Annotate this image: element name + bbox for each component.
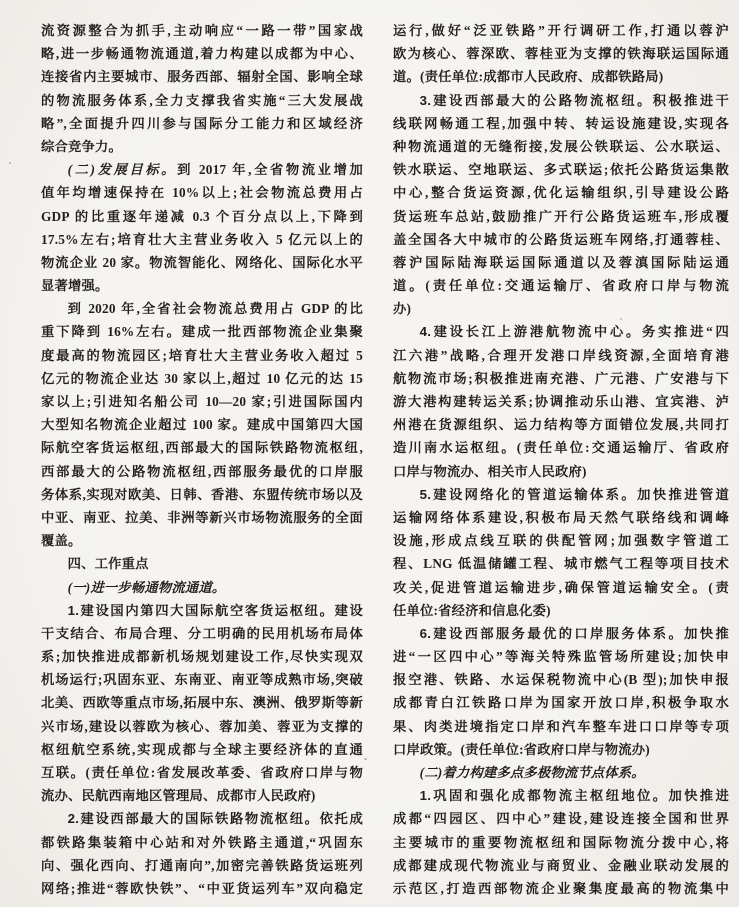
text-line: 系;加快推进成都新机场规划建设工作,尽快实现双	[41, 645, 363, 668]
text-line: 报空港、铁路、水运保税物流中心(B 型);加快申报	[393, 668, 729, 691]
text-line: 2.建设西部最大的国际铁路物流枢纽。依托成	[41, 807, 363, 830]
text-line: 机场运行;巩固东亚、东南亚、南亚等成熟市场,突破	[41, 668, 363, 691]
body-text: 务实推进“四	[642, 324, 729, 339]
body-text: 攻关,促进管道运输进步,确保管道运输安全。(责	[393, 580, 729, 595]
body-text: 务体系,实现对欧美、日韩、香港、东盟传统市场以及	[41, 487, 363, 502]
text-line: 网络;推进“蓉欧快铁”、“中亚货运列车”双向稳定	[41, 877, 363, 900]
text-line: 略,进一步畅通物流通道,着力构建以成都为中心、	[41, 42, 363, 65]
body-text: 的物流服务体系,全力支撑我省实施“三大发展战	[41, 93, 363, 108]
body-text: 建设	[335, 603, 363, 618]
body-text: 运输网络体系建设,积极布局天然气联络线和调峰	[393, 510, 729, 525]
body-text: 17.5%左右;培育壮大主营业务收入 5 亿元以上的	[41, 232, 363, 247]
numbered-item-title: 3.建设西部最大的公路物流枢纽。	[420, 93, 653, 108]
body-text: 干支结合、布局合理、分工明确的民用机场布局体	[41, 626, 363, 641]
text-line: 铁水联运、空地联运、多式联运;依托公路货运集散	[393, 158, 729, 181]
text-line: 中亚、南亚、拉美、非洲等新兴市场物流服务的全面	[41, 506, 363, 529]
body-text: 西部最大的公路物流枢纽,西部服务最优的口岸服	[41, 464, 363, 479]
body-text: 欧为核心、蓉深欧、蓉桂亚为支撑的铁海联运国际通	[393, 46, 729, 61]
body-text: 成都“四园区、四中心”建设,建设连接全国和世界	[393, 811, 729, 826]
body-text: 口岸与物流办、相关市人民政府)	[393, 464, 587, 479]
text-line: 线联网畅通工程,加强中转、转运设施建设,实现各	[393, 112, 729, 135]
body-text: 州港在货源组织、运力结构等方面错位发展,共同打	[393, 417, 729, 432]
text-line: 度最高的物流园区;培育壮大主营业务收入超过 5	[41, 344, 363, 367]
text-line: 显著增强。	[41, 274, 363, 297]
body-text: 任单位:省经济和信息化委)	[393, 603, 551, 618]
section-subheading: (二)着力构建多点多极物流节点体系。	[420, 765, 645, 780]
body-text: 中心,整合货运资源,优化运输组织,引导建设公路	[393, 185, 729, 200]
body-text: 货运班车总站,鼓励推广开行公路货运班车,形成覆	[393, 209, 729, 224]
text-line: 覆盖。	[41, 529, 363, 552]
body-text: 枢纽航空系统,实现成都与全球主要经济体的直通	[41, 742, 363, 757]
text-line: 向、强化西向、打通南向”,加密完善铁路货运班列	[41, 854, 363, 877]
text-line: 大型知名物流企业超过 100 家。建成中国第四大国	[41, 413, 363, 436]
body-text: 加快推进	[668, 788, 729, 803]
body-text: 互联。(责任单位:省发展改革委、省政府口岸与物	[41, 765, 363, 780]
body-text: 北美、西欧等重点市场,拓展中东、澳洲、俄罗斯等新	[41, 695, 363, 710]
body-text: 道。(责任单位:成都市人民政府、成都铁路局)	[393, 69, 663, 84]
body-text: 亿元的物流企业达 30 家以上,超过 10 亿元的达 15	[41, 371, 363, 386]
text-line: 连接省内主要城市、服务西部、辐射全国、影响全球	[41, 65, 363, 88]
body-text: 铁水联运、空地联运、多式联运;依托公路货运集散	[393, 162, 729, 177]
body-text: 种物流通道的无缝衔接,发展公铁联运、公水联运、	[393, 139, 729, 154]
body-text: 江六港”战略,合理开发港口岸线资源,全面培育港	[393, 348, 729, 363]
text-line: 1.建设国内第四大国际航空客货运枢纽。建设	[41, 599, 363, 622]
text-line: 运输网络体系建设,积极布局天然气联络线和调峰	[393, 506, 729, 529]
body-text: 家以上;引进知名船公司 10—20 家;引进国际国内	[41, 394, 363, 409]
text-line: (二)着力构建多点多极物流节点体系。	[393, 761, 729, 784]
text-line: 欧为核心、蓉深欧、蓉桂亚为支撑的铁海联运国际通	[393, 42, 729, 65]
body-text: 机场运行;巩固东亚、东南亚、南亚等成熟市场,突破	[41, 672, 363, 687]
text-line: 成都“四园区、四中心”建设,建设连接全国和世界	[393, 807, 729, 830]
text-line: 西部最大的公路物流枢纽,西部服务最优的口岸服	[41, 460, 363, 483]
text-line: 种物流通道的无缝衔接,发展公铁联运、公水联运、	[393, 135, 729, 158]
body-text: 积极推进干	[653, 93, 729, 108]
numbered-item-title: 5.建设网络化的管道运输体系。	[420, 487, 638, 502]
text-line: 都铁路集装箱中心站和对外铁路主通道,“巩固东	[41, 831, 363, 854]
text-line: 道。(责任单位:成都市人民政府、成都铁路局)	[393, 65, 729, 88]
body-text: 兴市场,建设以蓉欧为核心、蓉加美、蓉亚为支撑的	[41, 719, 363, 734]
text-line: 流办、民航西南地区管理局、成都市人民政府)	[41, 784, 363, 807]
text-column-left: 流资源整合为抓手,主动响应“一路一带”国家战略,进一步畅通物流通道,着力构建以成…	[41, 19, 363, 900]
numbered-item-title: 四、工作重点	[68, 556, 149, 571]
body-text: 程、LNG 低温储罐工程、城市燃气工程等项目技术	[393, 556, 729, 571]
text-line: 游大港构建转运关系;协调推动乐山港、宜宾港、泸	[393, 390, 729, 413]
section-subheading: (一)进一步畅通物流通道。	[68, 580, 226, 595]
text-line: 成都青白江铁路口岸为国家开放口岸,积极争取水	[393, 691, 729, 714]
numbered-item-title: 2.建设西部最大的国际铁路物流枢纽。	[68, 811, 320, 826]
text-line: 兴市场,建设以蓉欧为核心、蓉加美、蓉亚为支撑的	[41, 715, 363, 738]
text-line: 程、LNG 低温储罐工程、城市燃气工程等项目技术	[393, 552, 729, 575]
body-text: 加快推	[684, 626, 729, 641]
body-text: 中亚、南亚、拉美、非洲等新兴市场物流服务的全面	[41, 510, 363, 525]
text-line: 枢纽航空系统,实现成都与全球主要经济体的直通	[41, 738, 363, 761]
body-text: 航物流市场;积极推进南充港、广元港、广安港与下	[393, 371, 729, 386]
body-text: 办)	[393, 301, 411, 316]
text-line: 运行,做好“泛亚铁路”开行调研工作,打通以蓉沪	[393, 19, 729, 42]
text-line: 蓉沪国际陆海联运国际通道以及蓉滇国际陆运通	[393, 251, 729, 274]
text-line: 示范区,打造西部物流企业聚集度最高的物流集中	[393, 877, 729, 900]
text-line: (二)发展目标。到 2017 年,全省物流业增加	[41, 158, 363, 181]
body-text: 综合竞争力。	[41, 139, 122, 154]
text-line: 干支结合、布局合理、分工明确的民用机场布局体	[41, 622, 363, 645]
text-line: 州港在货源组织、运力结构等方面错位发展,共同打	[393, 413, 729, 436]
text-line: 口岸政策。(责任单位:省政府口岸与物流办)	[393, 738, 729, 761]
text-line: 江六港”战略,合理开发港口岸线资源,全面培育港	[393, 344, 729, 367]
text-line: 四、工作重点	[41, 552, 363, 575]
text-column-right: 运行,做好“泛亚铁路”开行调研工作,打通以蓉沪欧为核心、蓉深欧、蓉桂亚为支撑的铁…	[393, 19, 729, 900]
text-line: 4.建设长江上游港航物流中心。务实推进“四	[393, 320, 729, 343]
text-line: 进“一区四中心”等海关特殊监管场所建设;加快申	[393, 645, 729, 668]
text-line: 盖全国各大中城市的公路货运班车网络,打通蓉桂、	[393, 228, 729, 251]
body-text: 连接省内主要城市、服务西部、辐射全国、影响全球	[41, 69, 363, 84]
body-text: 蓉沪国际陆海联运国际通道以及蓉滇国际陆运通	[393, 255, 729, 270]
text-line: 家以上;引进知名船公司 10—20 家;引进国际国内	[41, 390, 363, 413]
body-text: 成都建成现代物流业与商贸业、金融业联动发展的	[393, 858, 729, 873]
body-text: 略,进一步畅通物流通道,着力构建以成都为中心、	[41, 46, 363, 61]
scan-speck	[9, 162, 11, 164]
body-text: 物流企业 20 家。物流智能化、网络化、国际化水平	[41, 255, 363, 270]
text-line: 主要城市的重要物流枢纽和国际物流分拨中心,将	[393, 831, 729, 854]
text-line: 综合竞争力。	[41, 135, 363, 158]
text-line: 航物流市场;积极推进南充港、广元港、广安港与下	[393, 367, 729, 390]
text-line: GDP 的比重逐年递减 0.3 个百分点以上,下降到	[41, 205, 363, 228]
body-text: 略”,全面提升四川参与国际分工能力和区域经济	[41, 116, 363, 131]
section-subheading: (二)发展目标。	[68, 162, 177, 177]
text-line: 到 2020 年,全省社会物流总费用占 GDP 的比	[41, 297, 363, 320]
text-line: 略”,全面提升四川参与国际分工能力和区域经济	[41, 112, 363, 135]
text-line: 造川南水运枢纽。(责任单位:交通运输厅、省政府	[393, 436, 729, 459]
text-line: 互联。(责任单位:省发展改革委、省政府口岸与物	[41, 761, 363, 784]
body-text: 度最高的物流园区;培育壮大主营业务收入超过 5	[41, 348, 363, 363]
text-line: 货运班车总站,鼓励推广开行公路货运班车,形成覆	[393, 205, 729, 228]
body-text: 显著增强。	[41, 278, 108, 293]
body-text: 盖全国各大中城市的公路货运班车网络,打通蓉桂、	[393, 232, 729, 247]
text-line: 1.巩固和强化成都物流主枢纽地位。加快推进	[393, 784, 729, 807]
body-text: 果、肉类进境指定口岸和汽车整车进口口岸等专项	[393, 719, 729, 734]
text-line: 办)	[393, 297, 729, 320]
text-line: 成都建成现代物流业与商贸业、金融业联动发展的	[393, 854, 729, 877]
text-line: 5.建设网络化的管道运输体系。加快推进管道	[393, 483, 729, 506]
text-line: 攻关,促进管道运输进步,确保管道运输安全。(责	[393, 576, 729, 599]
text-line: (一)进一步畅通物流通道。	[41, 576, 363, 599]
body-text: 设施,形成点线互联的供配管网;加强数字管道工	[393, 533, 729, 548]
body-text: 流资源整合为抓手,主动响应“一路一带”国家战	[41, 23, 363, 38]
body-text: 依托成	[320, 811, 363, 826]
body-text: 线联网畅通工程,加强中转、转运设施建设,实现各	[393, 116, 729, 131]
document-page: 流资源整合为抓手,主动响应“一路一带”国家战略,进一步畅通物流通道,着力构建以成…	[0, 0, 739, 907]
text-line: 设施,形成点线互联的供配管网;加强数字管道工	[393, 529, 729, 552]
body-text: 重下降到 16%左右。建成一批西部物流企业集聚	[41, 324, 363, 339]
body-text: GDP 的比重逐年递减 0.3 个百分点以上,下降到	[41, 209, 363, 224]
text-line: 道。(责任单位:交通运输厅、省政府口岸与物流	[393, 274, 729, 297]
body-text: 报空港、铁路、水运保税物流中心(B 型);加快申报	[393, 672, 729, 687]
body-text: 运行,做好“泛亚铁路”开行调研工作,打通以蓉沪	[393, 23, 729, 38]
body-text: 进“一区四中心”等海关特殊监管场所建设;加快申	[393, 649, 729, 664]
numbered-item-title: 1.建设国内第四大国际航空客货运枢纽。	[68, 603, 335, 618]
scan-speck	[364, 758, 367, 760]
body-text: 到 2017 年,全省物流业增加	[177, 162, 363, 177]
body-text: 加快推进管道	[637, 487, 729, 502]
numbered-item-title: 6.建设西部服务最优的口岸服务体系。	[420, 626, 685, 641]
text-line: 亿元的物流企业达 30 家以上,超过 10 亿元的达 15	[41, 367, 363, 390]
body-text: 向、强化西向、打通南向”,加密完善铁路货运班列	[41, 858, 363, 873]
body-text: 道。(责任单位:交通运输厅、省政府口岸与物流	[393, 278, 729, 293]
body-text: 值年均增速保持在 10%以上;社会物流总费用占	[41, 185, 363, 200]
text-line: 北美、西欧等重点市场,拓展中东、澳洲、俄罗斯等新	[41, 691, 363, 714]
text-line: 流资源整合为抓手,主动响应“一路一带”国家战	[41, 19, 363, 42]
body-text: 大型知名物流企业超过 100 家。建成中国第四大国	[41, 417, 363, 432]
numbered-item-title: 4.建设长江上游港航物流中心。	[420, 324, 642, 339]
text-line: 果、肉类进境指定口岸和汽车整车进口口岸等专项	[393, 715, 729, 738]
body-text: 成都青白江铁路口岸为国家开放口岸,积极争取水	[393, 695, 729, 710]
text-line: 口岸与物流办、相关市人民政府)	[393, 460, 729, 483]
body-text: 覆盖。	[41, 533, 82, 548]
text-line: 重下降到 16%左右。建成一批西部物流企业集聚	[41, 320, 363, 343]
text-line: 任单位:省经济和信息化委)	[393, 599, 729, 622]
text-line: 6.建设西部服务最优的口岸服务体系。加快推	[393, 622, 729, 645]
body-text: 口岸政策。(责任单位:省政府口岸与物流办)	[393, 742, 650, 757]
numbered-item-title: 1.巩固和强化成都物流主枢纽地位。	[420, 788, 669, 803]
text-line: 值年均增速保持在 10%以上;社会物流总费用占	[41, 181, 363, 204]
text-line: 务体系,实现对欧美、日韩、香港、东盟传统市场以及	[41, 483, 363, 506]
body-text: 到 2020 年,全省社会物流总费用占 GDP 的比	[68, 301, 363, 316]
body-text: 系;加快推进成都新机场规划建设工作,尽快实现双	[41, 649, 363, 664]
body-text: 造川南水运枢纽。(责任单位:交通运输厅、省政府	[393, 440, 729, 455]
body-text: 示范区,打造西部物流企业聚集度最高的物流集中	[393, 881, 729, 896]
body-text: 都铁路集装箱中心站和对外铁路主通道,“巩固东	[41, 835, 363, 850]
body-text: 主要城市的重要物流枢纽和国际物流分拨中心,将	[393, 835, 729, 850]
text-line: 际航空客货运枢纽,西部最大的国际铁路物流枢纽,	[41, 436, 363, 459]
text-line: 中心,整合货运资源,优化运输组织,引导建设公路	[393, 181, 729, 204]
body-text: 际航空客货运枢纽,西部最大的国际铁路物流枢纽,	[41, 440, 363, 455]
text-line: 物流企业 20 家。物流智能化、网络化、国际化水平	[41, 251, 363, 274]
text-line: 3.建设西部最大的公路物流枢纽。积极推进干	[393, 89, 729, 112]
body-text: 网络;推进“蓉欧快铁”、“中亚货运列车”双向稳定	[41, 881, 363, 896]
body-text: 流办、民航西南地区管理局、成都市人民政府)	[41, 788, 316, 803]
text-line: 的物流服务体系,全力支撑我省实施“三大发展战	[41, 89, 363, 112]
body-text: 游大港构建转运关系;协调推动乐山港、宜宾港、泸	[393, 394, 729, 409]
text-line: 17.5%左右;培育壮大主营业务收入 5 亿元以上的	[41, 228, 363, 251]
